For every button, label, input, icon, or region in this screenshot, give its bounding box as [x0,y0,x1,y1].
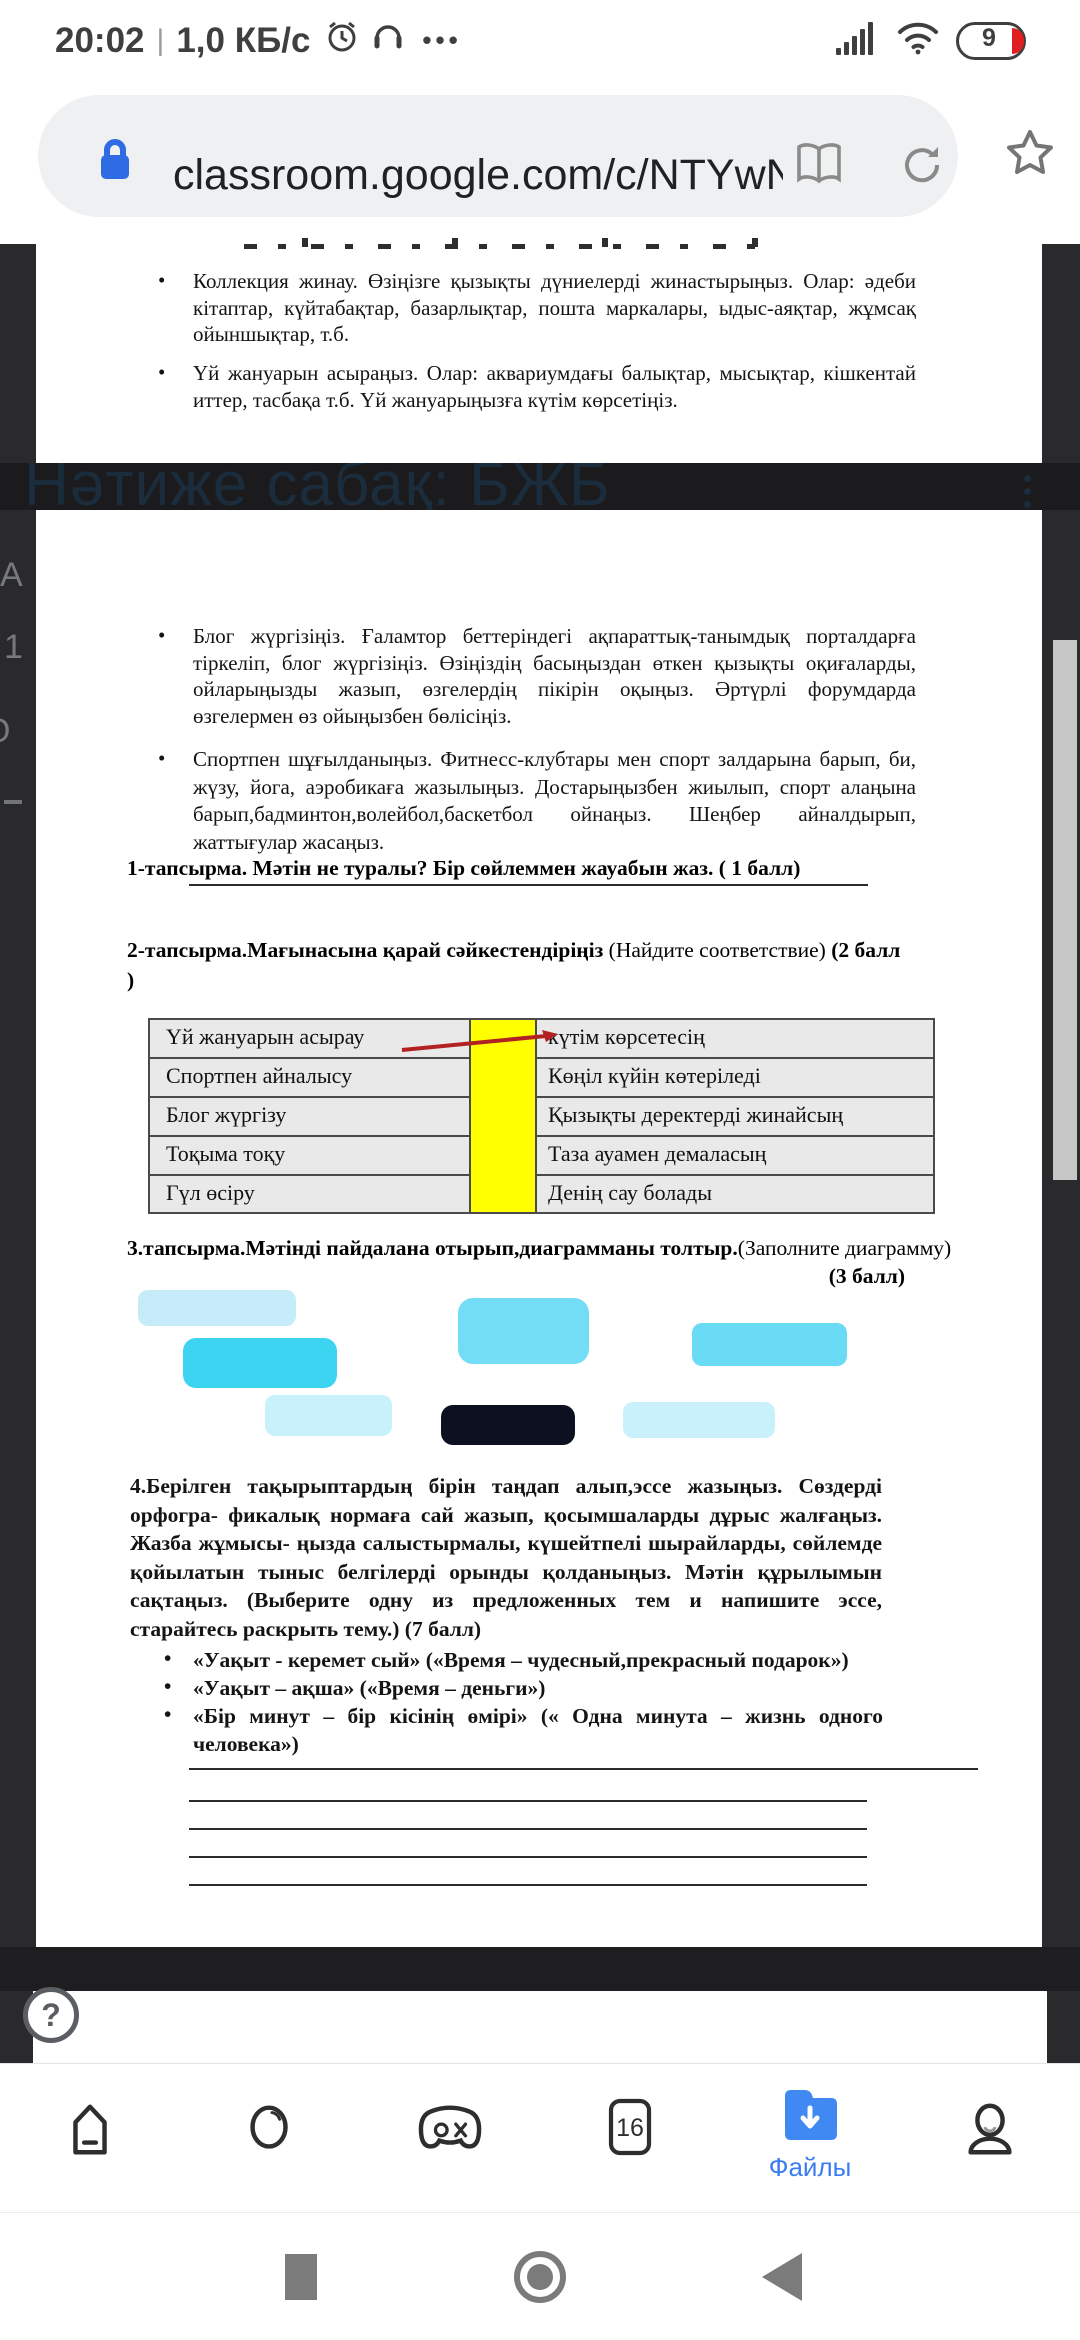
recents-button[interactable] [285,2254,317,2300]
profile-icon [959,2098,1021,2160]
alarm-icon [324,18,360,63]
bullet-marker: • [158,746,165,771]
page-bottom-area [33,1991,1047,2063]
diagram-block-3 [458,1298,589,1364]
clipped-text-line-top [244,238,770,247]
task2-points: (2 балл [831,938,900,962]
writing-line [189,1884,867,1886]
classroom-title-band: Нәтиже сабақ: БЖБ [0,463,1080,510]
wifi-icon [896,20,940,61]
writing-line [189,1856,867,1858]
status-separator: | [157,24,165,58]
answer-line [189,884,868,886]
task2-regular: (Найдите соответствие) [609,938,832,962]
assignment-title: Нәтиже сабақ: БЖБ [24,463,611,510]
nav-games-button[interactable] [360,2098,540,2160]
table-cell-left: Үй жануарын асырау [166,1024,364,1050]
nav-profile-button[interactable] [900,2098,1080,2160]
diagram-block-1 [138,1290,296,1326]
table-cell-left: Тоқыма тоқу [166,1141,285,1167]
bookmark-star-icon[interactable] [1002,126,1058,187]
table-cell-right: Таза ауамен демаласың [548,1141,766,1167]
battery-icon: 9 [956,22,1032,60]
bullet-marker: • [164,1702,171,1727]
diagram-block-7 [623,1402,775,1438]
task1-heading: 1-тапсырма. Мәтін не туралы? Бір сөйлемм… [127,856,800,881]
topic-1: «Уақыт - керемет сый» («Время – чудесный… [193,1646,893,1674]
android-nav-bar [0,2212,1080,2340]
page-gap-band [0,1947,1080,1991]
url-text[interactable]: classroom.google.com/c/NTYwN [173,151,783,200]
diagram-block-2 [183,1338,337,1388]
table-row: Блог жүргізу Қызықты деректерді жинайсың [150,1098,933,1137]
ghost-fragment-dash [4,800,22,804]
document-page-2: • Блог жүргізіңіз. Ғаламтор беттеріндегі… [36,510,1042,1947]
task3-heading: 3.тапсырма.Мәтінді пайдалана отырып,диаг… [127,1236,951,1261]
table-cell-left: Спортпен айналысу [166,1063,352,1089]
nav-files-button[interactable]: Файлы [720,2086,900,2183]
writing-line [189,1768,978,1770]
table-cell-right: Денің сау болады [548,1180,712,1206]
match-arrow [400,1028,560,1056]
ghost-fragment-a: А [0,556,23,595]
status-bar: 20:02 | 1,0 КБ/с ••• [0,0,1080,70]
back-button[interactable] [762,2253,802,2301]
clock-time: 20:02 [55,21,145,61]
status-right: 9 [836,20,1032,61]
task3-points: (3 балл) [780,1264,905,1289]
nav-home-button[interactable] [0,2098,180,2160]
nav-search-button[interactable] [180,2098,360,2160]
doc-bullet-collection: Коллекция жинау. Өзіңізге қызықты дүниел… [193,268,916,348]
document-page-1: • Коллекция жинау. Өзіңізге қызықты дүни… [36,244,1042,463]
diagram-block-6 [441,1405,575,1445]
task2-close-paren: ) [127,968,134,993]
help-fab[interactable]: ? [23,1987,79,2043]
doc-bullet-sport: Спортпен шұғылданыңыз. Фитнесс-клубтары … [193,746,916,856]
scrollbar-thumb[interactable] [1053,640,1077,1180]
task3-bold: 3.тапсырма.Мәтінді пайдалана отырып,диаг… [127,1236,738,1260]
task2-heading: 2-тапсырма.Мағынасына қарай сәйкестендір… [127,938,900,963]
topic-2: «Уақыт – ақша» («Время – деньги») [193,1674,893,1702]
bullet-marker: • [158,623,165,648]
bullet-marker: • [158,268,165,293]
matching-table: Үй жануарын асырау күтім көрсетесің Спор… [148,1018,935,1214]
ghost-fragment-1: 1 [4,628,23,667]
phone-screen: 20:02 | 1,0 КБ/с ••• [0,0,1080,2340]
diagram-block-5 [265,1395,392,1436]
headphones-icon [370,18,406,63]
table-cell-left: Блог жүргізу [166,1102,286,1128]
doc-bullet-pets: Үй жануарын асыраңыз. Олар: аквариумдағы… [193,360,916,413]
files-folder-icon [777,2086,843,2146]
table-cell-right: Көңіл күйін көтеріледі [548,1063,761,1089]
refresh-icon[interactable] [900,143,944,192]
status-left: 20:02 | 1,0 КБ/с ••• [55,18,462,63]
search-icon [239,2098,301,2160]
files-label: Файлы [769,2152,852,2183]
table-row: Гүл өсіру Денің сау болады [150,1176,933,1212]
browser-toolbar: classroom.google.com/c/NTYwN [0,70,1080,244]
task3-regular: (Заполните диаграмму) [738,1236,951,1260]
tab-count: 16 [608,2114,652,2143]
table-cell-left: Гүл өсіру [166,1180,255,1206]
diagram-block-4 [692,1323,847,1366]
url-field[interactable]: classroom.google.com/c/NTYwN [38,95,958,217]
task4-heading: 4.Берілген тақырыптардың бірін таңдап ал… [130,1472,882,1643]
bullet-marker: • [158,360,165,385]
topic-3: «Бір минут – бір кісінің өмірі» (« Одна … [193,1702,883,1758]
notification-dots: ••• [422,25,461,56]
table-cell-right: Қызықты деректерді жинайсың [548,1102,843,1128]
writing-line [189,1828,867,1830]
home-icon [59,2098,121,2160]
home-android-button-inner [527,2264,553,2290]
table-cell-right: күтім көрсетесің [548,1024,705,1050]
table-row: Спортпен айналысу Көңіл күйін көтеріледі [150,1059,933,1098]
ghost-fragment-o: О [0,712,10,751]
browser-bottom-nav: 16 Файлы [0,2063,1080,2213]
writing-line [189,1800,867,1802]
game-controller-icon [417,2098,483,2160]
task2-bold: 2-тапсырма.Мағынасына қарай сәйкестендір… [127,938,609,962]
table-row: Тоқыма тоқу Таза ауамен демаласың [150,1137,933,1176]
lock-icon [93,135,137,188]
nav-tabs-button[interactable]: 16 [540,2098,720,2156]
bullet-marker: • [164,1646,171,1671]
reading-list-icon[interactable] [795,143,843,190]
signal-icon [836,20,880,61]
bullet-marker: • [164,1674,171,1699]
browser-content[interactable]: • Коллекция жинау. Өзіңізге қызықты дүни… [0,244,1080,2063]
network-speed: 1,0 КБ/с [176,21,310,61]
doc-bullet-blog: Блог жүргізіңіз. Ғаламтор беттеріндегі а… [193,623,916,729]
kebab-menu-icon[interactable] [1024,469,1032,510]
